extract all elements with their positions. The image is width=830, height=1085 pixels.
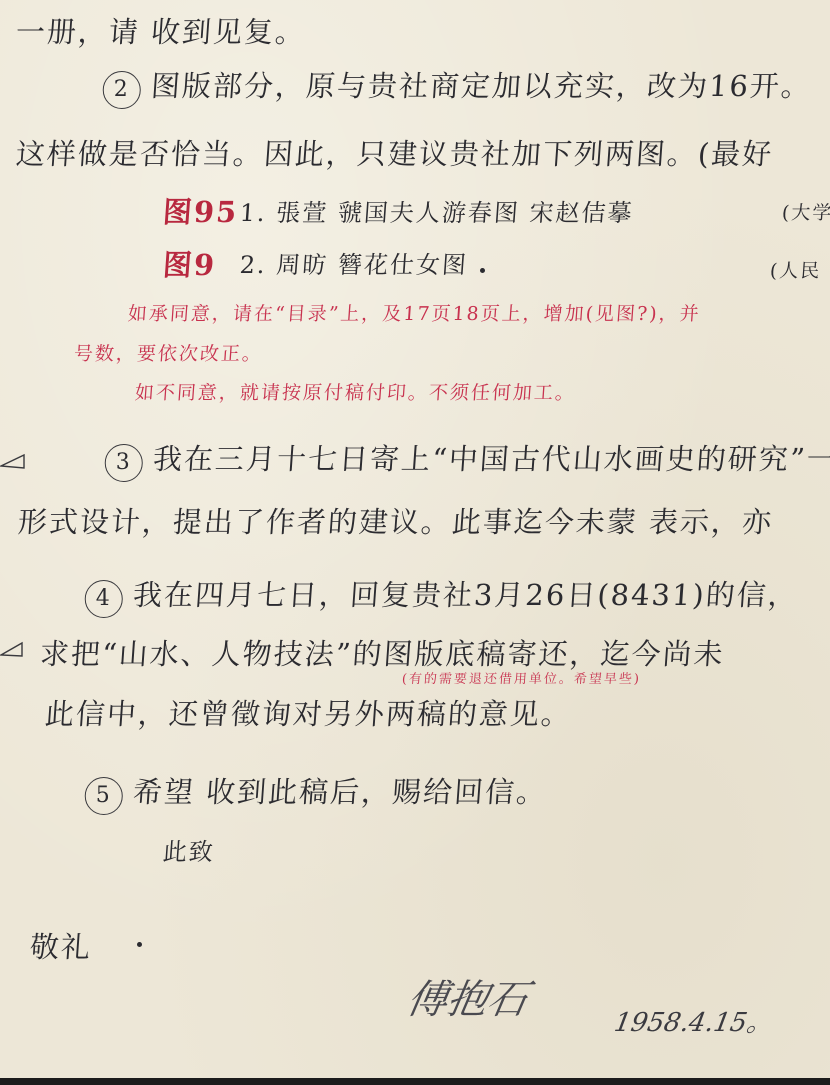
item-2-line: 2图版部分，原与贵社商定加以充实，改为16开。 bbox=[101, 64, 813, 109]
figure-2-note: (人民 bbox=[769, 256, 822, 283]
red-annotation-1: 如承同意，请在“目录”上，及17页18页上，增加(见图?)，并 bbox=[127, 299, 702, 326]
signature: 傅抱石 bbox=[403, 968, 533, 1025]
scan-bottom-edge bbox=[0, 1078, 830, 1085]
item-3-line: 3我在三月十七日寄上“中国古代山水画史的研究”一 bbox=[103, 437, 830, 482]
item-2-text: 图版部分，原与贵社商定加以充实，改为16开。 bbox=[150, 69, 813, 103]
letter-paper: 一册，请 收到见复。 2图版部分，原与贵社商定加以充实，改为16开。 这样做是否… bbox=[0, 0, 830, 1078]
closing-greeting-1: 此致 bbox=[162, 832, 216, 867]
item-4-text: 我在四月七日，回复贵社3月26日(8431)的信， bbox=[132, 578, 800, 612]
letter-date: 1958.4.15。 bbox=[612, 1002, 777, 1039]
item-5-line: 5希望 收到此稿后，赐给回信。 bbox=[83, 770, 548, 815]
item-5-text: 希望 收到此稿后，赐给回信。 bbox=[132, 775, 549, 809]
ink-dot bbox=[137, 942, 142, 947]
closing-greeting-2: 敬礼 bbox=[29, 925, 94, 966]
red-annotation-2: 号数，要依次改正。 bbox=[73, 339, 264, 366]
item-3-text: 我在三月十七日寄上“中国古代山水画史的研究”一 bbox=[152, 442, 830, 476]
figure-1-note: (大学 bbox=[781, 198, 830, 225]
red-annotation-4: (有的需要退还借用单位。希望早些) bbox=[401, 668, 641, 687]
opening-line: 一册，请 收到见复。 bbox=[15, 10, 308, 51]
item-2-number: 2 bbox=[103, 71, 141, 109]
triangle-mark-icon bbox=[0, 640, 26, 658]
item-2-continuation: 这样做是否恰当。因此，只建议贵社加下列两图。(最好 bbox=[15, 132, 775, 173]
figure-1-label: 图95 bbox=[162, 190, 240, 231]
red-annotation-3: 如不同意，就请按原付稿付印。不须任何加工。 bbox=[134, 378, 577, 405]
item-4-continuation: 求把“山水、人物技法”的图版底稿寄还，迄今尚未 bbox=[39, 632, 727, 673]
item-4-line: 4我在四月七日，回复贵社3月26日(8431)的信， bbox=[83, 573, 800, 618]
triangle-mark-icon bbox=[0, 452, 26, 470]
item-3-number: 3 bbox=[105, 444, 143, 482]
figure-2-entry: 2. 周昉 簪花仕女图 bbox=[239, 245, 470, 280]
item-4-continuation-2: 此信中，还曾徵询对另外两稿的意见。 bbox=[44, 692, 574, 733]
figure-2-label: 图9 bbox=[162, 243, 218, 284]
item-4-number: 4 bbox=[85, 580, 123, 618]
item-3-continuation: 形式设计，提出了作者的建议。此事迄今未蒙 表示，亦 bbox=[17, 500, 775, 541]
ink-dot bbox=[480, 268, 485, 273]
figure-1-entry: 1. 張萱 虢国夫人游春图 宋赵佶摹 bbox=[239, 193, 635, 228]
item-5-number: 5 bbox=[85, 777, 123, 815]
